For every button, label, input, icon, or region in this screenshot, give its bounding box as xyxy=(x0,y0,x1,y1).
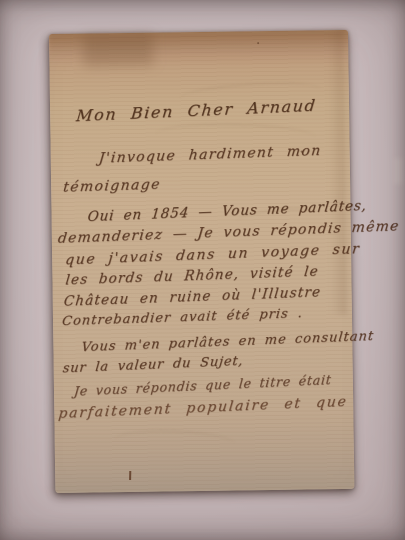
letter-line: témoignage xyxy=(62,177,161,196)
ink-speck xyxy=(257,42,259,44)
wall-smudge xyxy=(394,158,403,184)
letter-photograph: Mon Bien Cher Arnaud J'invoque hardiment… xyxy=(0,0,405,540)
letter-paper: Mon Bien Cher Arnaud J'invoque hardiment… xyxy=(49,30,354,493)
ink-tick-mark xyxy=(129,471,131,480)
